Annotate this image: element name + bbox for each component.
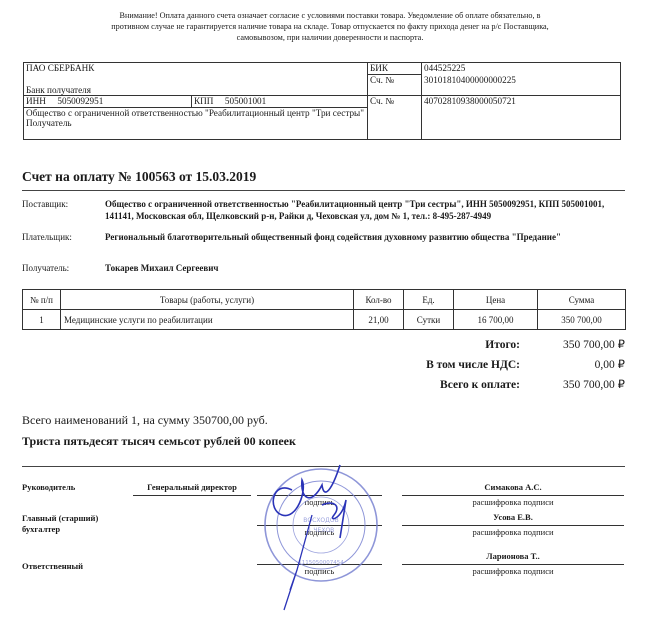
decode-line	[402, 564, 624, 565]
bik-label: БИК	[368, 63, 422, 75]
total-label: Итого:	[380, 335, 520, 355]
recipient-label: Получатель	[26, 118, 365, 129]
row-unit: Сутки	[404, 310, 454, 330]
recipient-cell: Общество с ограниченной ответственностью…	[24, 107, 368, 139]
vat-label: В том числе НДС:	[380, 355, 520, 375]
payer-value: Региональный благотворительный обществен…	[105, 231, 625, 243]
total-value: 350 700,00 ₽	[525, 335, 625, 355]
vat-row: В том числе НДС: 0,00 ₽	[380, 355, 625, 375]
receiver-label: Получатель:	[22, 263, 69, 273]
decode-line	[402, 495, 624, 496]
recipient-name: Общество с ограниченной ответственностью…	[26, 108, 365, 119]
inn-cell: ИНН 5050092951	[24, 96, 192, 108]
col-unit: Ед.	[404, 290, 454, 310]
invoice-title: Счет на оплату № 100563 от 15.03.2019	[22, 169, 256, 185]
col-quantity: Кол-во	[354, 290, 404, 310]
row-sum: 350 700,00	[538, 310, 626, 330]
total-row: Итого: 350 700,00 ₽	[380, 335, 625, 355]
amount-in-words: Триста пятьдесят тысяч семьсот рублей 00…	[22, 434, 296, 449]
due-label: Всего к оплате:	[380, 375, 520, 395]
due-row: Всего к оплате: 350 700,00 ₽	[380, 375, 625, 395]
due-value: 350 700,00 ₽	[525, 375, 625, 395]
row-number: 1	[23, 310, 61, 330]
bank-label: Банк получателя	[26, 85, 91, 96]
decode-caption: расшифровка подписи	[402, 527, 624, 537]
bank-name: ПАО СБЕРБАНК	[26, 63, 365, 74]
row-goods: Медицинские услуги по реабилитации	[61, 310, 354, 330]
accountant-name: Усова Е.В.	[402, 512, 624, 522]
items-summary: Всего наименований 1, на сумму 350700,00…	[22, 413, 268, 428]
kpp-cell: КПП 505001001	[192, 96, 368, 108]
col-price: Цена	[454, 290, 538, 310]
kpp-label: КПП	[194, 96, 213, 106]
totals-block: Итого: 350 700,00 ₽ В том числе НДС: 0,0…	[380, 335, 625, 395]
kpp-value: 505001001	[225, 96, 266, 106]
col-goods: Товары (работы, услуги)	[61, 290, 354, 310]
row-price: 16 700,00	[454, 310, 538, 330]
account-label: Сч. №	[368, 96, 422, 140]
payer-label: Плательщик:	[22, 232, 72, 242]
bank-details-table: ПАО СБЕРБАНК Банк получателя БИК 0445252…	[23, 62, 621, 140]
accountant-label-line1: Главный (старший)	[22, 513, 98, 524]
col-sum: Сумма	[538, 290, 626, 310]
divider	[22, 190, 625, 191]
director-position: Генеральный директор	[133, 482, 251, 492]
responsible-label: Ответственный	[22, 561, 83, 571]
decode-caption: расшифровка подписи	[402, 566, 624, 576]
col-number: № п/п	[23, 290, 61, 310]
handwritten-signature-icon	[262, 460, 382, 620]
supplier-label: Поставщик:	[22, 199, 68, 209]
receiver-value: Токарев Михаил Сергеевич	[105, 262, 625, 274]
inn-label: ИНН	[26, 96, 46, 106]
corr-account-label: Сч. №	[368, 75, 422, 96]
accountant-label-line2: бухгалтер	[22, 524, 98, 535]
payment-notice: Внимание! Оплата данного счета означает …	[100, 10, 560, 43]
vat-value: 0,00 ₽	[525, 355, 625, 375]
account-value: 40702810938000050721	[422, 96, 621, 140]
table-row: 1 Медицинские услуги по реабилитации 21,…	[23, 310, 626, 330]
inn-value: 5050092951	[57, 96, 103, 106]
decode-caption: расшифровка подписи	[402, 497, 624, 507]
accountant-label: Главный (старший) бухгалтер	[22, 513, 98, 535]
corr-account-value: 30101810400000000225	[422, 75, 621, 96]
director-name: Симакова А.С.	[402, 482, 624, 492]
supplier-value: Общество с ограниченной ответственностью…	[105, 198, 625, 222]
table-header-row: № п/п Товары (работы, услуги) Кол-во Ед.…	[23, 290, 626, 310]
responsible-name: Ларионова Т..	[402, 551, 624, 561]
row-quantity: 21,00	[354, 310, 404, 330]
bank-name-cell: ПАО СБЕРБАНК Банк получателя	[24, 63, 368, 96]
director-label: Руководитель	[22, 482, 75, 492]
items-table: № п/п Товары (работы, услуги) Кол-во Ед.…	[22, 289, 626, 330]
decode-line	[402, 525, 624, 526]
bik-value: 044525225	[422, 63, 621, 75]
position-line	[133, 495, 251, 496]
